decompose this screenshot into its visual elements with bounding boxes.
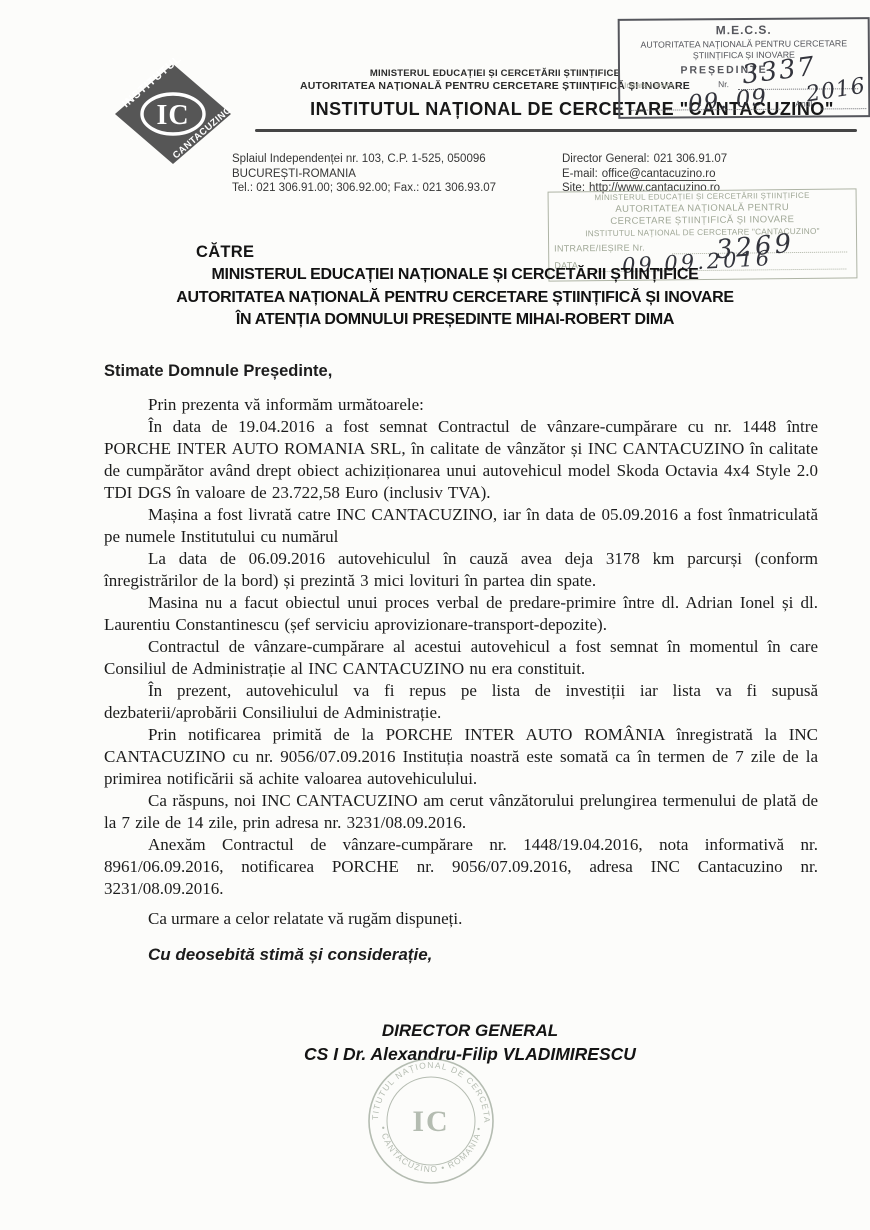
body-paragraph: În data de 19.04.2016 a fost semnat Cont…	[104, 416, 818, 504]
body-paragraph: Anexăm Contractul de vânzare-cumpărare n…	[104, 834, 818, 900]
round-stamp-monogram: IC	[412, 1105, 449, 1138]
addressee-line: MINISTERUL EDUCAȚIEI NAȚIONALE ȘI CERCET…	[105, 264, 805, 287]
body-paragraph: Prin notificarea primită de la PORCHE IN…	[104, 724, 818, 790]
contact-row-email: E-mail:office@cantacuzino.ro	[562, 167, 727, 182]
contact-block: Director General:021 306.91.07 E-mail:of…	[562, 152, 727, 196]
round-stamp: INSTITUTUL NAȚIONAL DE CERCETARE • CANTA…	[356, 1046, 506, 1196]
contact-value: 021 306.91.07	[654, 153, 728, 165]
body-paragraph: Prin prezenta vă informăm următoarele:	[104, 394, 818, 416]
body-paragraph: La data de 06.09.2016 autovehiculul în c…	[104, 548, 818, 592]
contact-row-director: Director General:021 306.91.07	[562, 152, 727, 167]
letter-body: Stimate Domnule Președinte, Prin prezent…	[104, 360, 818, 966]
address-line: Splaiul Independenței nr. 103, C.P. 1-52…	[232, 152, 496, 167]
stamp-org: M.E.C.S.	[620, 22, 868, 38]
scanned-letter-page: IC INSTITUTUL CANTACUZINO MINISTERUL EDU…	[0, 0, 870, 1230]
body-paragraph: Ca răspuns, noi INC CANTACUZINO am cerut…	[104, 790, 818, 834]
contact-label: E-mail:	[562, 168, 598, 180]
registry-line: MINISTERUL EDUCAȚIEI ȘI CERCETĂRII ȘTIIN…	[549, 190, 856, 202]
salutation: Stimate Domnule Președinte,	[104, 360, 818, 382]
registry-inout-label: INTRARE/IEȘIRE Nr.	[554, 243, 645, 254]
address-line: BUCUREȘTI-ROMANIA	[232, 167, 496, 182]
header-rule	[255, 129, 857, 132]
logo-monogram: IC	[156, 100, 189, 131]
body-paragraph: Contractul de vânzare-cumpărare al acest…	[104, 636, 818, 680]
closing-line: Ca urmare a celor relatate vă rugăm disp…	[104, 908, 818, 930]
address-line: Tel.: 021 306.91.00; 306.92.00; Fax.: 02…	[232, 181, 496, 196]
institute-logo: IC INSTITUTUL CANTACUZINO	[110, 58, 236, 170]
address-block: Splaiul Independenței nr. 103, C.P. 1-52…	[232, 152, 496, 196]
contact-value-email: office@cantacuzino.ro	[602, 168, 716, 181]
stamp-line: AUTORITATEA NAȚIONALĂ PENTRU CERCETARE	[620, 38, 868, 50]
body-paragraph: În prezent, autovehiculul va fi repus pe…	[104, 680, 818, 724]
body-paragraph: Masina nu a facut obiectul unui proces v…	[104, 592, 818, 636]
stamp-inout-label: Intrare / Iesire	[624, 80, 673, 89]
registry-line: INSTITUTUL NAȚIONAL DE CERCETARE "CANTAC…	[549, 225, 856, 238]
contact-label: Director General:	[562, 153, 650, 165]
catre-label: CĂTRE	[196, 243, 254, 262]
addressee-line: ÎN ATENȚIA DOMNULUI PREȘEDINTE MIHAI-ROB…	[105, 309, 805, 332]
valediction: Cu deosebită stimă și considerație,	[104, 944, 818, 966]
addressee-block: MINISTERUL EDUCAȚIEI NAȚIONALE ȘI CERCET…	[105, 264, 805, 332]
body-paragraph: Mașina a fost livrată catre INC CANTACUZ…	[104, 504, 818, 548]
signature-title: DIRECTOR GENERAL	[250, 1020, 690, 1042]
addressee-line: AUTORITATEA NAȚIONALĂ PENTRU CERCETARE Ș…	[105, 287, 805, 310]
